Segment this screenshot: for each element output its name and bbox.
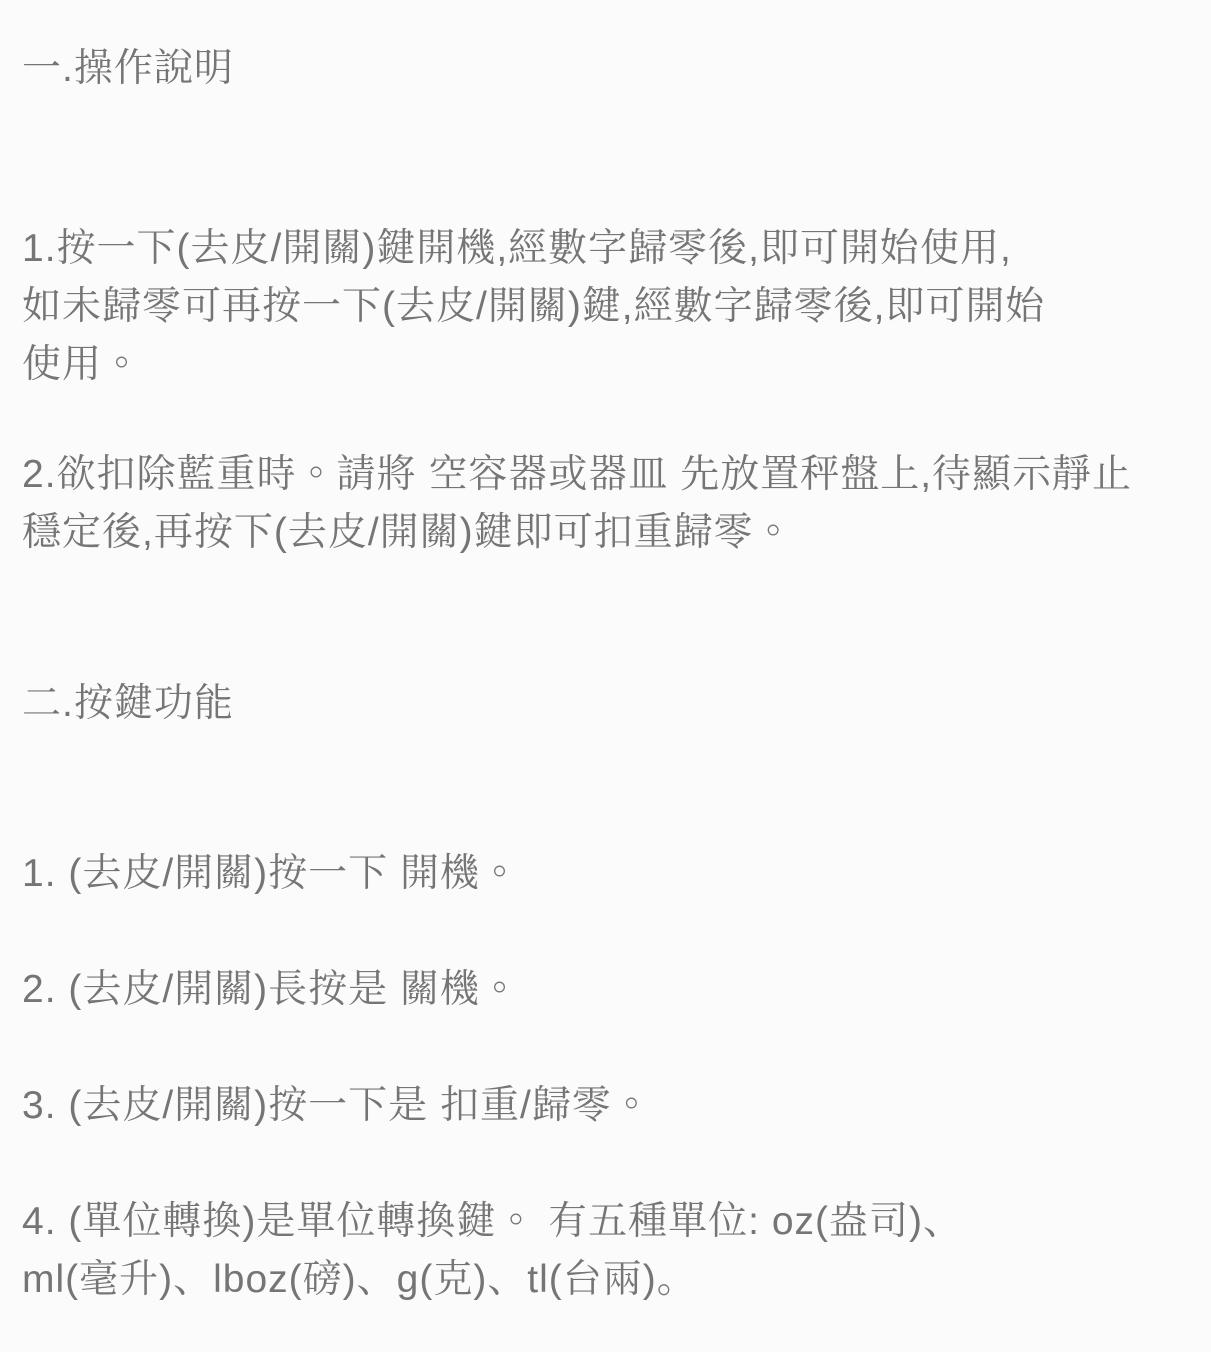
section-heading-button-functions: 二.按鍵功能 — [22, 675, 1189, 733]
button-function-item-2: 2. (去皮/開關)長按是 關機。 — [22, 961, 1189, 1019]
instruction-document: 一.操作說明 1.按一下(去皮/開關)鍵開機,經數字歸零後,即可開始使用, 如未… — [0, 0, 1211, 1309]
button-function-item-3: 3. (去皮/開關)按一下是 扣重/歸零。 — [22, 1077, 1189, 1135]
operation-step-2: 2.欲扣除藍重時。請將 空容器或器皿 先放置秤盤上,待顯示靜止 穩定後,再按下(… — [22, 446, 1189, 562]
operation-step-1: 1.按一下(去皮/開關)鍵開機,經數字歸零後,即可開始使用, 如未歸零可再按一下… — [22, 220, 1189, 394]
button-function-item-4: 4. (單位轉換)是單位轉換鍵。 有五種單位: oz(盎司)、 ml(毫升)、l… — [22, 1193, 1189, 1309]
button-function-item-1: 1. (去皮/開關)按一下 開機。 — [22, 845, 1189, 903]
section-heading-operation-instructions: 一.操作說明 — [22, 40, 1189, 98]
